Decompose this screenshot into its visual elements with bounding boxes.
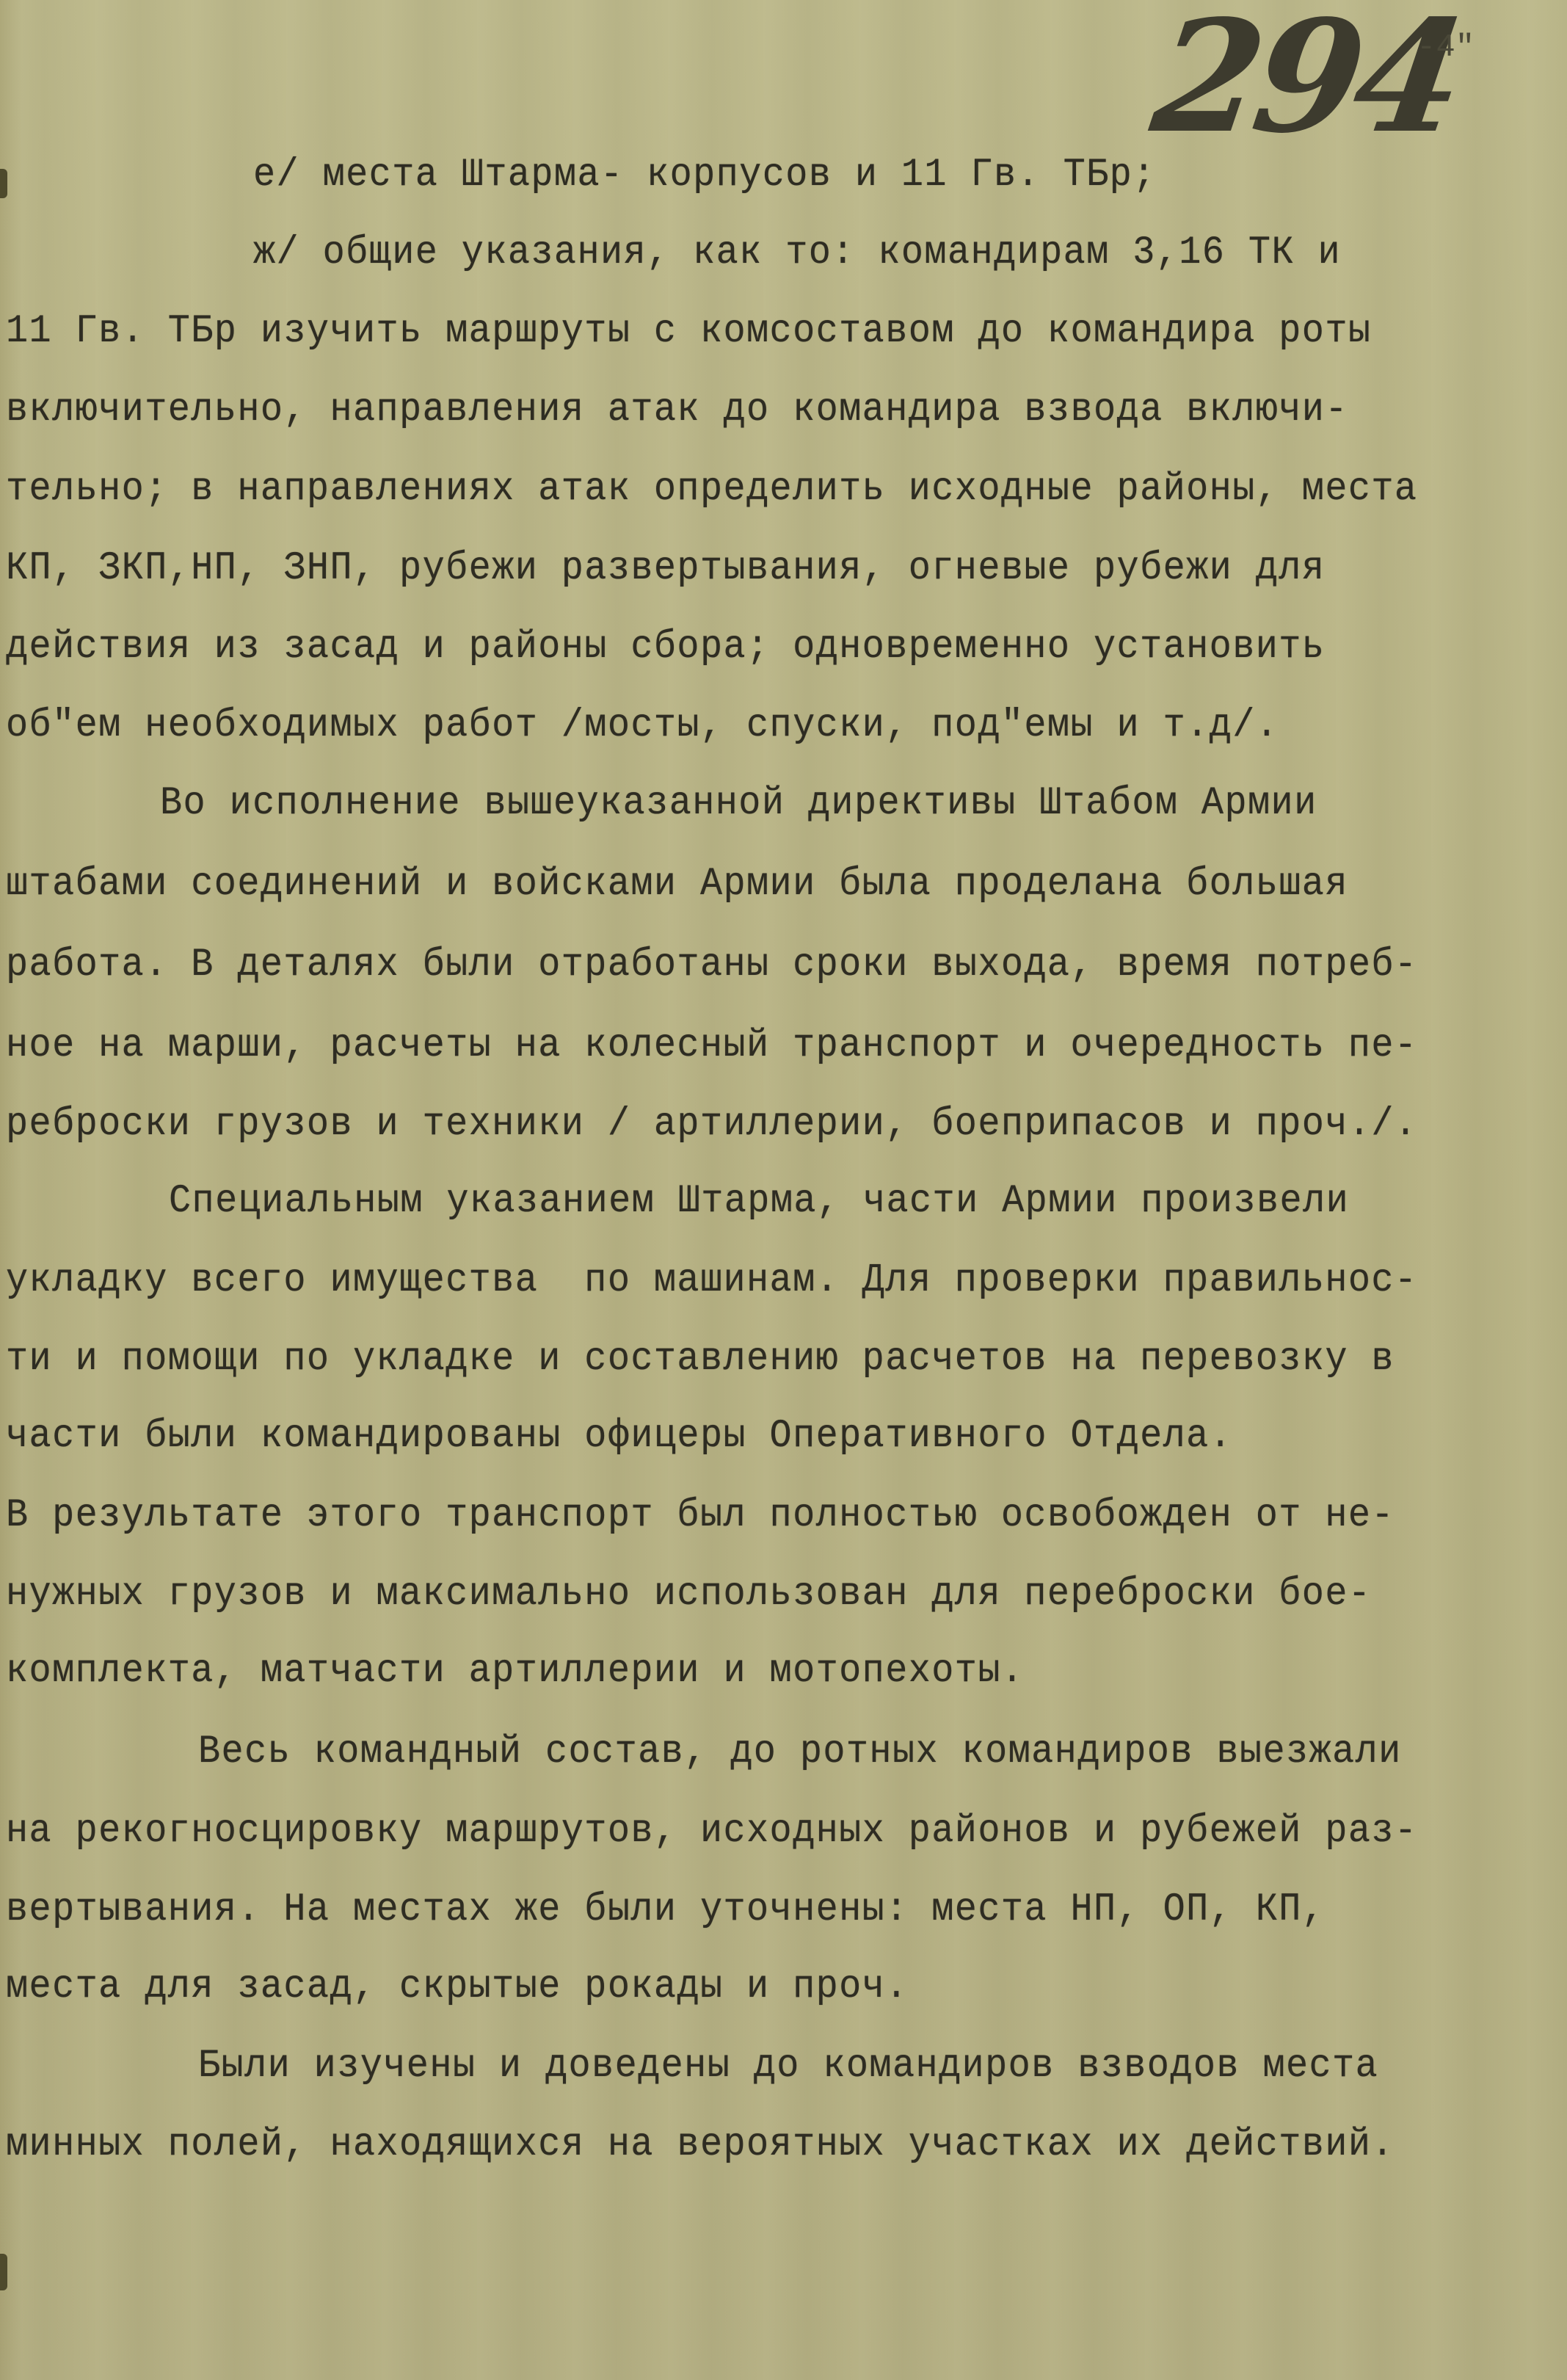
text-line: ти и помощи по укладке и составлению рас… <box>6 1340 1395 1379</box>
text-line: нужных грузов и максимально использован … <box>6 1575 1371 1614</box>
text-line: Специальным указанием Штарма, части Арми… <box>169 1182 1349 1222</box>
text-line: об"ем необходимых работ /мосты, спуски, … <box>6 706 1279 746</box>
text-line: В результате этого транспорт был полност… <box>6 1496 1395 1536</box>
margin-binding-mark <box>0 169 7 198</box>
margin-binding-mark <box>0 2254 7 2290</box>
text-line: штабами соединений и войсками Армии была… <box>6 865 1348 904</box>
text-line: работа. В деталях были отработаны сроки … <box>6 946 1417 985</box>
text-line: на рекогносцировку маршрутов, исходных р… <box>6 1812 1417 1851</box>
text-line: части были командированы офицеры Операти… <box>6 1417 1232 1456</box>
text-line: места для засад, скрытые рокады и проч. <box>6 1967 909 2007</box>
text-line: минных полей, находящихся на вероятных у… <box>6 2125 1395 2165</box>
text-line: Были изучены и доведены до командиров вз… <box>198 2047 1378 2086</box>
text-line: ное на марши, расчеты на колесный трансп… <box>6 1026 1417 1066</box>
handwritten-archive-number: 294 <box>1145 0 1466 154</box>
text-line: Весь командный состав, до ротных команди… <box>198 1733 1402 1772</box>
text-line: реброски грузов и техники / артиллерии, … <box>6 1105 1417 1144</box>
text-line: Во исполнение вышеуказанной директивы Шт… <box>160 784 1317 824</box>
text-line: действия из засад и районы сбора; одновр… <box>6 628 1325 667</box>
text-line: включительно, направления атак до команд… <box>6 391 1348 430</box>
text-line: 11 Гв. ТБр изучить маршруты с комсоставо… <box>6 312 1371 352</box>
text-line: е/ места Штарма- корпусов и 11 Гв. ТБр; <box>253 156 1156 195</box>
text-line: вертывания. На местах же были уточнены: … <box>6 1890 1325 1930</box>
text-line: укладку всего имущества по машинам. Для … <box>6 1261 1417 1301</box>
text-line: тельно; в направлениях атак определить и… <box>6 470 1417 509</box>
text-line: комплекта, матчасти артиллерии и мотопех… <box>6 1652 1024 1691</box>
text-line: КП, ЗКП,НП, ЗНП, рубежи развертывания, о… <box>6 549 1325 589</box>
page-number: -4" <box>1417 29 1475 66</box>
text-line: ж/ общие указания, как то: командирам 3,… <box>253 233 1341 273</box>
